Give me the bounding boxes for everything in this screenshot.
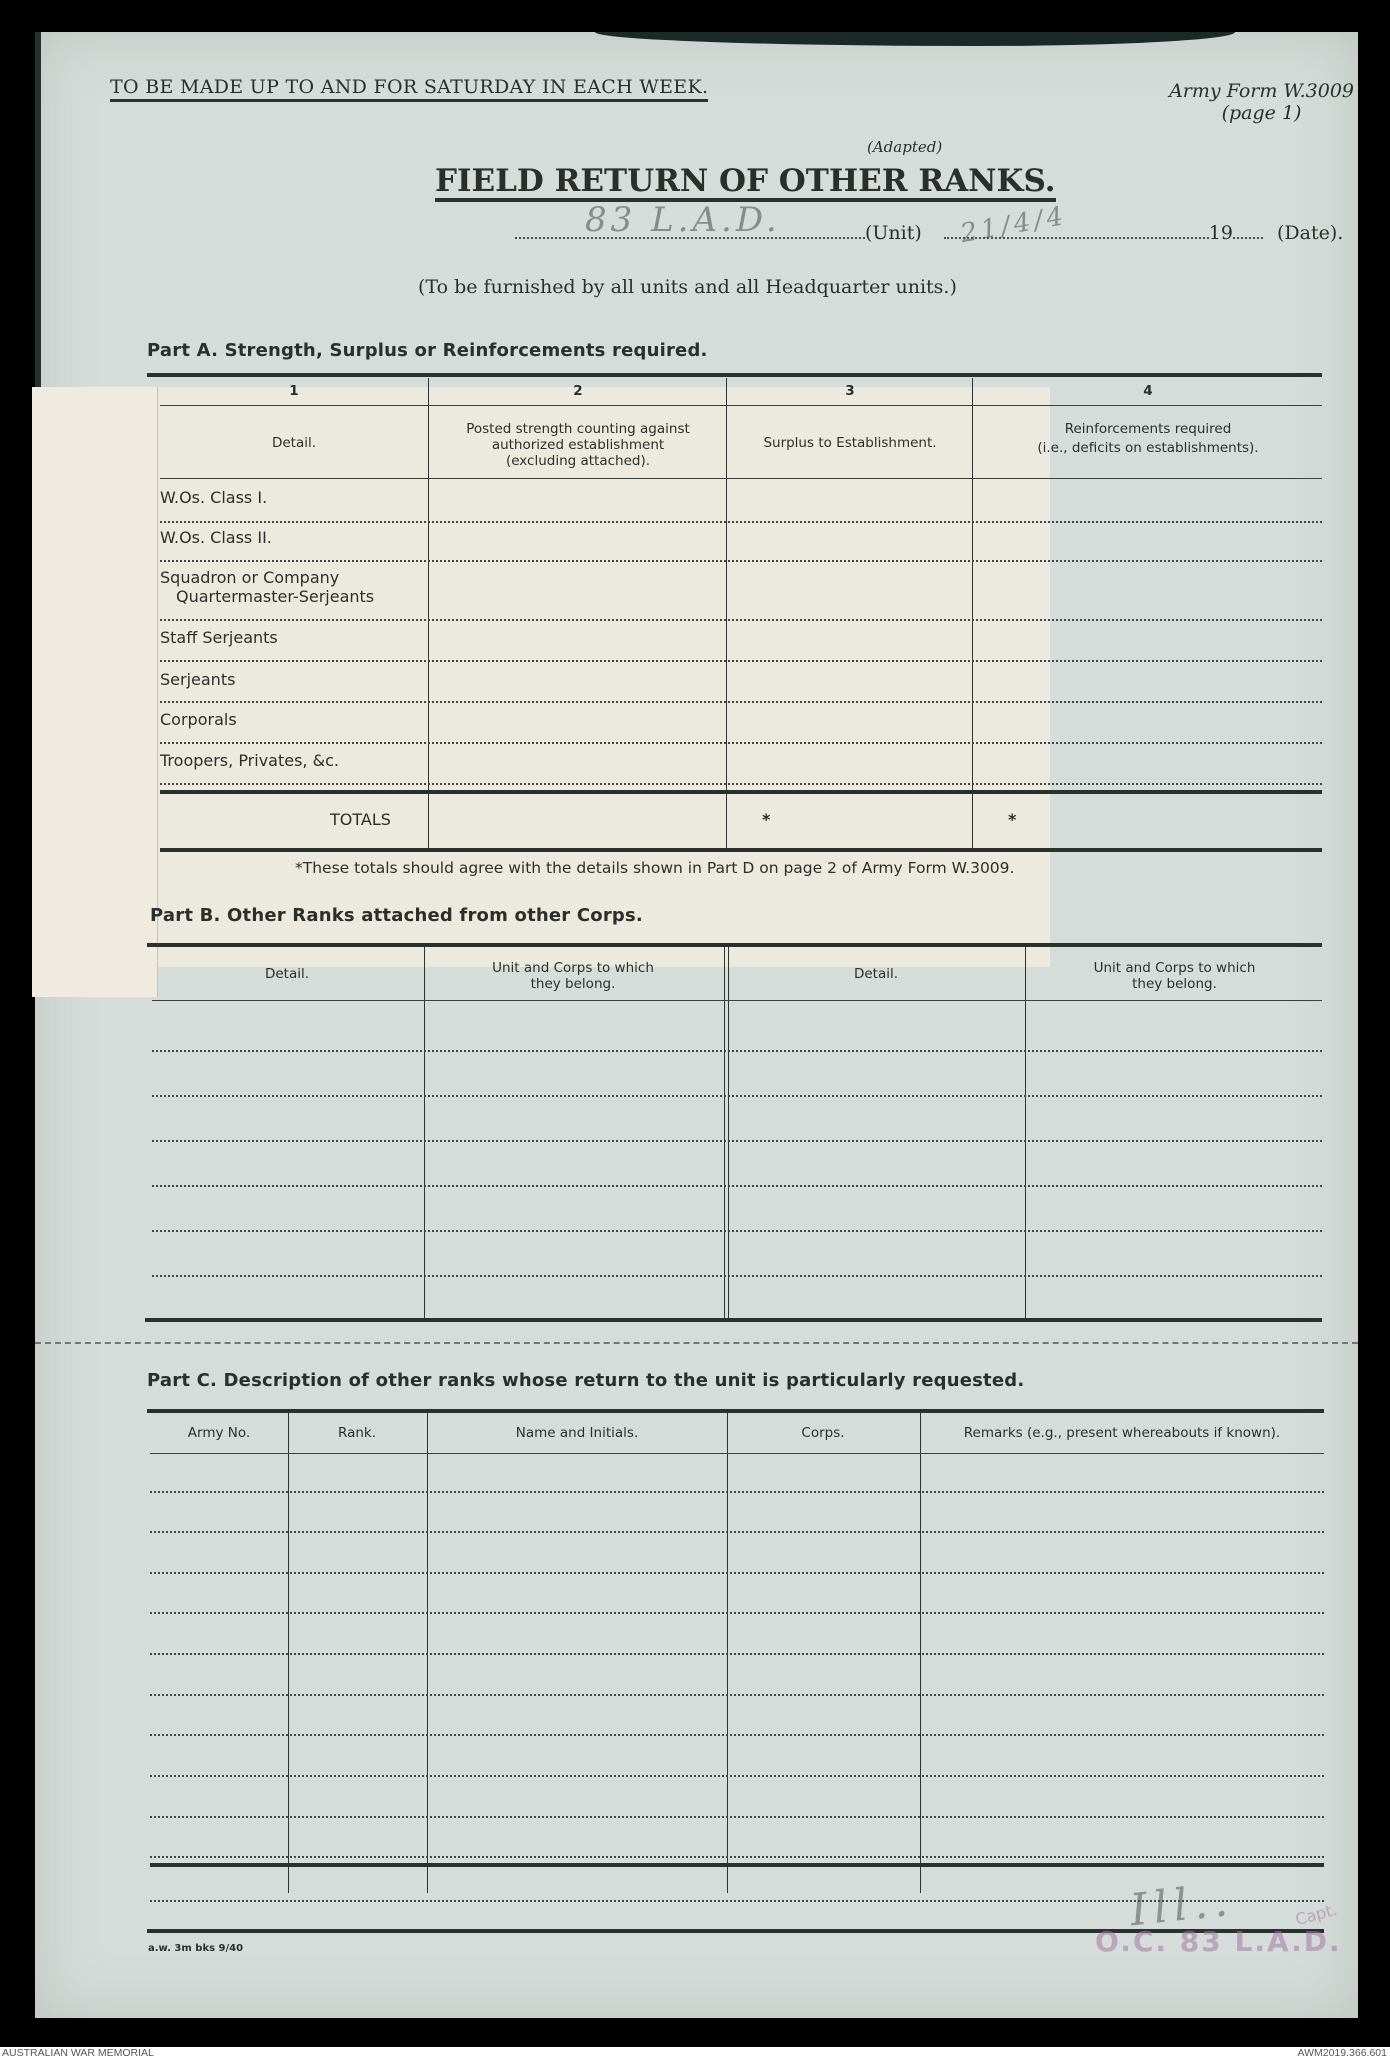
part-a-col-posted-line2: authorized establishment — [430, 437, 726, 453]
form-number-label: Army Form W.3009 — [1169, 80, 1354, 102]
part-a-col-number-4: 4 — [974, 383, 1322, 399]
part-a-col-number-3: 3 — [728, 383, 972, 399]
totals-marker-surplus: * — [762, 810, 770, 829]
row-rule — [160, 660, 1322, 662]
part-b-col-unit-corps-2-line1: Unit and Corps to which — [1027, 960, 1322, 976]
form-number: Army Form W.3009 (page 1) — [1169, 80, 1354, 124]
caption-institution: AUSTRALIAN WAR MEMORIAL — [2, 2047, 154, 2059]
part-c-col-rank: Rank. — [290, 1425, 424, 1441]
part-c-col-remarks: Remarks (e.g., present whereabouts if kn… — [920, 1425, 1324, 1441]
row-rule — [160, 742, 1322, 744]
row-label-corporals: Corporals — [160, 710, 237, 729]
year-field[interactable] — [1233, 236, 1263, 239]
part-b-top-rule — [147, 943, 1322, 947]
unit-label: (Unit) — [865, 222, 922, 244]
part-b-row-rule[interactable] — [152, 1095, 1322, 1097]
part-c-row-rule[interactable] — [150, 1734, 1324, 1736]
part-a-col-reinf-line2: (i.e., deficits on establishments). — [974, 440, 1322, 456]
print-code: a.w. 3m bks 9/40 — [148, 1943, 243, 1954]
part-c-col-corps: Corps. — [728, 1425, 918, 1441]
part-b-bottom-rule — [145, 1318, 1322, 1322]
row-label-wo1: W.Os. Class I. — [160, 488, 267, 507]
instruction-heading: TO BE MADE UP TO AND FOR SATURDAY IN EAC… — [110, 76, 708, 102]
row-rule — [160, 619, 1322, 621]
row-label-serjeants: Serjeants — [160, 670, 235, 689]
form-page: (page 1) — [1169, 102, 1354, 124]
part-a-col-posted-line3: (excluding attached). — [430, 453, 726, 469]
part-a-bottom-rule — [160, 848, 1322, 852]
part-a-col-detail: Detail. — [160, 435, 428, 451]
row-rule — [160, 521, 1322, 523]
unit-stamp: O.C. 83 L.A.D. — [1095, 1925, 1342, 1958]
row-label-wo2: W.Os. Class II. — [160, 528, 272, 547]
part-a-col-posted: Posted strength counting against authori… — [430, 421, 726, 469]
part-b-header-rule — [152, 1000, 1322, 1001]
page-title: FIELD RETURN OF OTHER RANKS. — [435, 164, 1056, 202]
part-a-top-rule — [147, 373, 1322, 377]
row-label-troopers: Troopers, Privates, &c. — [160, 751, 339, 770]
pasted-slip-tab — [32, 387, 158, 997]
part-c-col-army-no: Army No. — [150, 1425, 288, 1441]
part-a-col-divider-3 — [972, 378, 973, 848]
part-b-col-unit-corps-1-line1: Unit and Corps to which — [425, 960, 721, 976]
part-a-col-divider-2 — [726, 378, 727, 848]
part-a-col-number-2: 2 — [430, 383, 726, 399]
part-a-col-divider-1 — [428, 378, 429, 848]
row-rule — [160, 783, 1322, 785]
part-b-col-unit-corps-2: Unit and Corps to which they belong. — [1027, 960, 1322, 992]
part-c-row-rule[interactable] — [150, 1612, 1324, 1614]
part-c-row-rule[interactable] — [150, 1694, 1324, 1696]
date-label: (Date). — [1277, 222, 1343, 244]
torn-edge — [595, 32, 1235, 46]
row-rule — [160, 560, 1322, 562]
part-b-col-unit-corps-1: Unit and Corps to which they belong. — [425, 960, 721, 992]
part-a-col-number-1: 1 — [160, 383, 428, 399]
part-b-row-rule[interactable] — [152, 1230, 1322, 1232]
part-b-row-rule[interactable] — [152, 1050, 1322, 1052]
part-c-col-name: Name and Initials. — [428, 1425, 726, 1441]
part-b-col-unit-corps-2-line2: they belong. — [1027, 976, 1322, 992]
part-b-row-rule[interactable] — [152, 1185, 1322, 1187]
part-c-sub-rule — [150, 1863, 1324, 1867]
part-b-row-rule[interactable] — [152, 1140, 1322, 1142]
part-c-row-rule[interactable] — [150, 1531, 1324, 1533]
part-c-row-rule[interactable] — [150, 1491, 1324, 1493]
part-a-col-reinforcements: Reinforcements required (i.e., deficits … — [974, 421, 1322, 456]
form-paper — [35, 32, 1358, 2018]
part-c-row-rule[interactable] — [150, 1856, 1324, 1858]
part-a-col-posted-line1: Posted strength counting against — [430, 421, 726, 437]
part-b-col-detail-1: Detail. — [152, 966, 422, 982]
part-c-header-rule — [150, 1453, 1324, 1454]
part-a-totals-rule — [160, 790, 1322, 794]
row-label-staff-serjeants: Staff Serjeants — [160, 628, 278, 647]
part-b-col-divider-3 — [1025, 947, 1026, 1322]
row-rule — [160, 701, 1322, 703]
part-a-footnote: *These totals should agree with the deta… — [295, 859, 1014, 877]
totals-label: TOTALS — [330, 810, 391, 829]
part-b-col-unit-corps-1-line2: they belong. — [425, 976, 721, 992]
part-b-heading: Part B. Other Ranks attached from other … — [150, 905, 643, 926]
part-c-top-rule — [147, 1409, 1324, 1413]
part-c-row-rule[interactable] — [150, 1653, 1324, 1655]
part-a-col-reinf-line1: Reinforcements required — [974, 421, 1322, 437]
part-c-heading: Part C. Description of other ranks whose… — [147, 1370, 1024, 1391]
part-c-row-rule[interactable] — [150, 1572, 1324, 1574]
perforation-line — [35, 1342, 1358, 1344]
part-c-row-rule[interactable] — [150, 1816, 1324, 1818]
part-b-col-divider-2 — [724, 947, 725, 1322]
part-a-header-rule — [160, 478, 1322, 479]
part-b-row-rule[interactable] — [152, 1275, 1322, 1277]
furnish-note: (To be furnished by all units and all He… — [418, 276, 957, 298]
form-adapted: (Adapted) — [867, 138, 942, 156]
part-a-col-surplus: Surplus to Establishment. — [728, 435, 972, 451]
caption-accession-number: AWM2019.366.601 — [1297, 2047, 1387, 2059]
handwritten-unit: 83 L.A.D. — [585, 200, 781, 240]
part-b-col-divider-2b — [728, 947, 729, 1322]
part-a-heading: Part A. Strength, Surplus or Reinforceme… — [147, 340, 708, 361]
part-b-col-detail-2: Detail. — [727, 966, 1025, 982]
part-a-number-rule — [160, 405, 1322, 406]
archive-caption-bar: AUSTRALIAN WAR MEMORIAL AWM2019.366.601 — [0, 2047, 1390, 2061]
totals-marker-reinforcements: * — [1008, 810, 1016, 829]
part-b-col-divider-1 — [424, 947, 425, 1322]
year-prefix: 19 — [1209, 222, 1233, 244]
part-c-row-rule[interactable] — [150, 1775, 1324, 1777]
row-label-cqms-line2: Quartermaster-Serjeants — [176, 587, 374, 606]
row-label-cqms: Squadron or Company — [160, 568, 339, 587]
